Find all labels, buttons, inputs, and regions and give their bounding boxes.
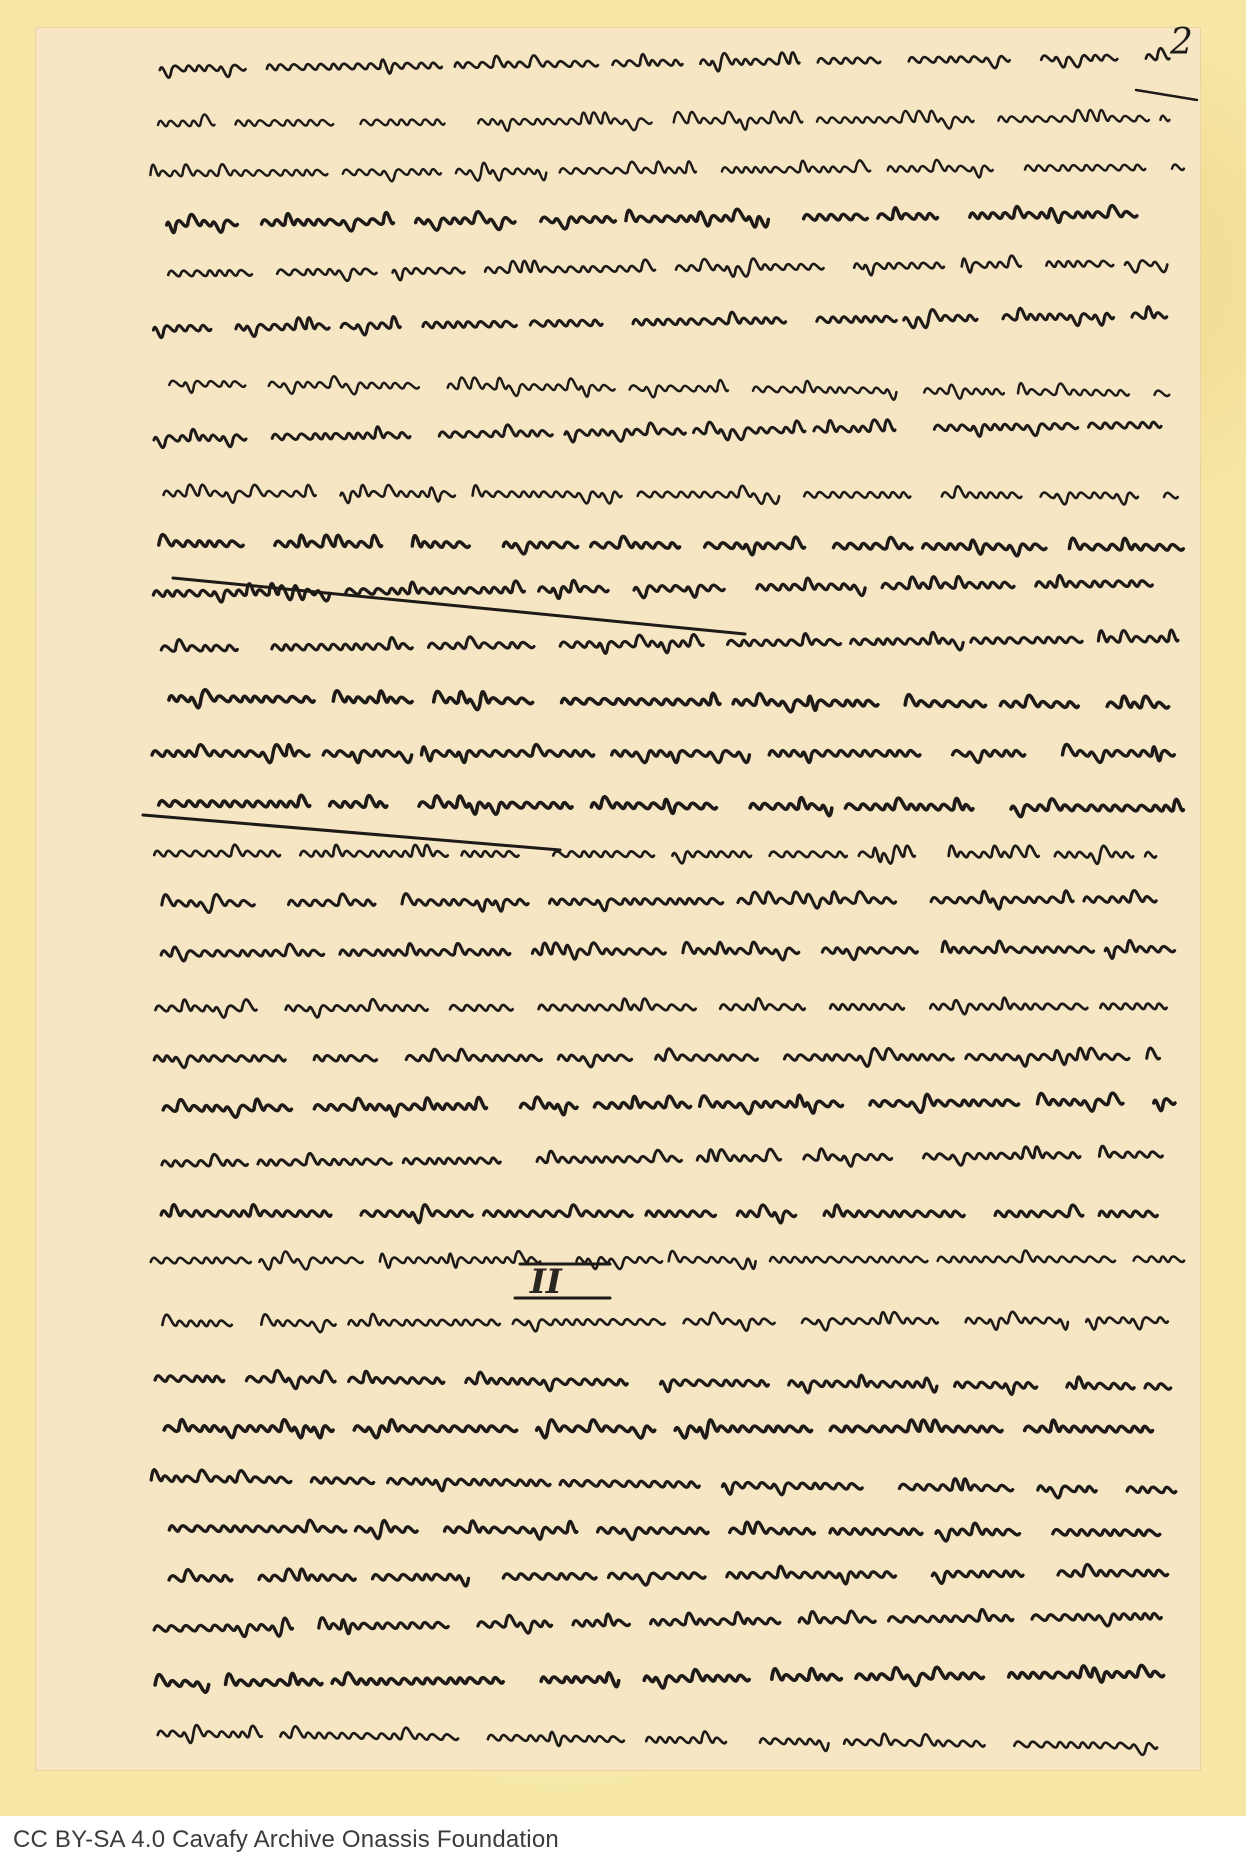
handwritten-line — [158, 1725, 1157, 1755]
handwritten-line — [162, 1312, 1167, 1332]
handwriting-layer — [0, 0, 1246, 1816]
handwritten-line — [150, 160, 1184, 181]
handwritten-line — [168, 256, 1167, 281]
handwritten-line — [162, 891, 1156, 913]
handwritten-line — [164, 485, 1178, 505]
handwritten-line — [151, 1470, 1176, 1498]
handwritten-line — [161, 1205, 1157, 1223]
handwritten-line — [160, 48, 1170, 77]
handwritten-line — [154, 845, 1156, 864]
page-number-underline — [1136, 90, 1197, 100]
handwritten-line — [167, 206, 1137, 233]
handwritten-line — [169, 1565, 1168, 1586]
handwritten-line — [155, 1371, 1171, 1395]
handwritten-line — [164, 1420, 1152, 1438]
handwritten-line — [154, 420, 1161, 448]
handwritten-line — [153, 576, 1152, 602]
handwritten-line — [162, 1146, 1163, 1166]
handwritten-line — [159, 535, 1184, 556]
handwritten-line — [158, 110, 1169, 131]
handwritten-line — [151, 1251, 1184, 1270]
section-numeral: II — [530, 1262, 562, 1302]
handwritten-line — [169, 376, 1169, 399]
handwritten-line — [163, 1093, 1175, 1117]
handwritten-line — [161, 940, 1175, 960]
handwritten-line — [155, 1665, 1164, 1692]
handwritten-line — [161, 630, 1178, 653]
handwritten-line — [152, 744, 1174, 762]
handwritten-line — [154, 1610, 1161, 1637]
page-number: 2 — [1170, 22, 1193, 63]
handwritten-line — [169, 690, 1169, 712]
license-footer: CC BY-SA 4.0 Cavafy Archive Onassis Foun… — [13, 1826, 559, 1854]
handwritten-line — [156, 998, 1167, 1018]
underline-stroke — [143, 815, 560, 850]
handwritten-line — [169, 1520, 1160, 1541]
handwritten-line — [153, 307, 1166, 338]
handwritten-line — [154, 1048, 1159, 1068]
handwritten-line — [159, 795, 1184, 816]
